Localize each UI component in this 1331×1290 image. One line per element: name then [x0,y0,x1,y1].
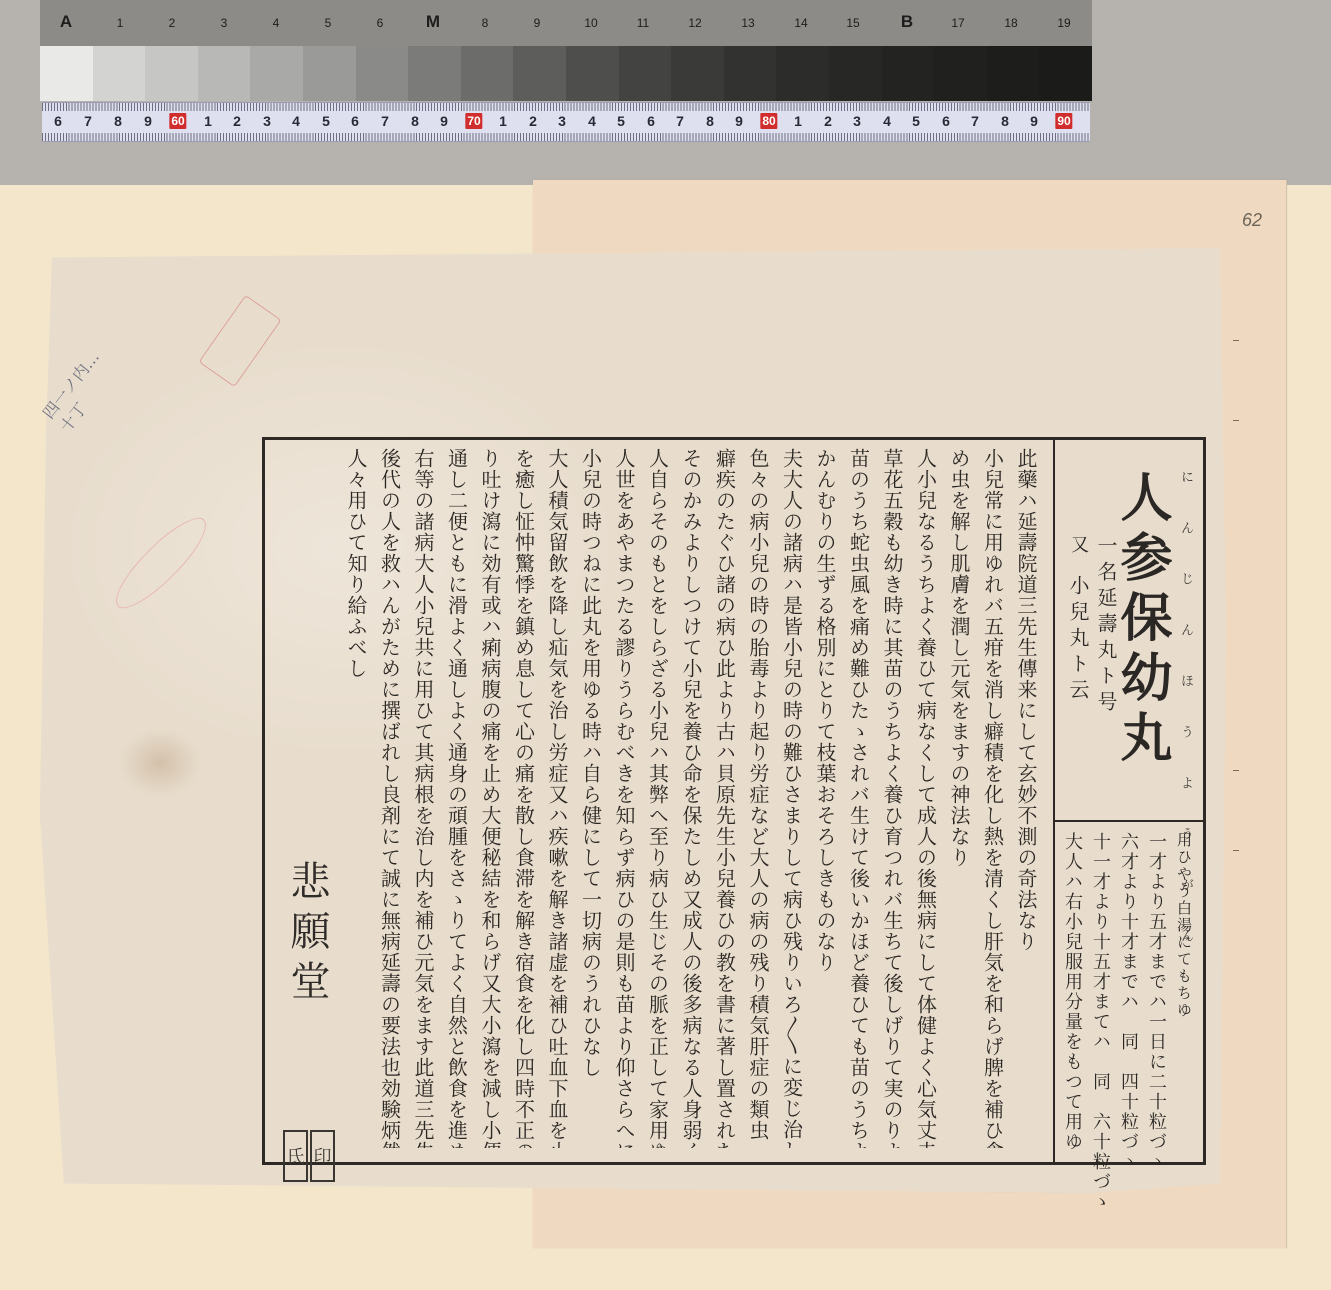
tape-number: 7 [971,113,979,129]
body-text-column: 小兒常に用ゆれバ五疳を消し癖積を化し熱を清くし肝気を和らげ脾を補ひ食をすゝ [980,448,1006,1148]
title-panel: にんじんほうようがん 人参保幼丸 一名延壽丸ト号 又 小兒丸ト云 用ひやう白湯に… [1053,440,1203,1162]
grey-swatch [513,46,566,101]
tape-decimeter-mark: 70 [465,113,482,129]
grey-scale-label: 3 [221,16,228,30]
grey-scale-label: 12 [688,16,701,30]
grey-swatch [250,46,303,101]
tape-number: 4 [883,113,891,129]
publisher-seal: 氏 印 [283,1130,335,1182]
dosage-line: 用ひやう白湯にてもちゆ [1171,832,1197,1019]
tape-number: 8 [1001,113,1009,129]
tape-number: 8 [411,113,419,129]
body-text-column: 人世をあやまつたる謬りうらむべきを知らず病ひの是則も苗より仰さらへにて [611,448,637,1148]
tape-ticks-bottom [42,133,1090,141]
tape-number: 8 [706,113,714,129]
grey-scale-label: 9 [534,16,541,30]
tape-number: 3 [853,113,861,129]
grey-swatch [40,46,93,101]
grey-swatch [619,46,672,101]
tape-number: 9 [1030,113,1038,129]
grey-swatch [882,46,935,101]
grey-swatch [1039,46,1092,101]
tape-number: 9 [735,113,743,129]
dosage-line: 一才より五才までハ一日に二十粒づゝ [1143,832,1169,1172]
grey-scale-swatches [40,46,1092,101]
body-text-column: 通し二便ともに滑よく通しよく通身の頑腫をさゝりてよく自然と飲食を進め五臓堅固にす… [444,448,470,1148]
body-text-column: 苗のうち蛇虫風を痛め難ひたゝされバ生けて後いかほど養ひても苗のうちよきものにさ [846,448,872,1148]
publisher-name: 悲願堂 [279,860,336,1010]
body-text-column: 小兒の時つねに此丸を用ゆる時ハ自ら健にして一切病のうれひなし [578,448,604,1148]
grey-scale-label: 1 [117,16,124,30]
dosage-line: 六才より十才までハ 同 四十粒づゝ [1115,832,1141,1172]
tape-number: 7 [84,113,92,129]
grey-scale-label: 13 [741,16,754,30]
grey-swatch [987,46,1040,101]
tape-number: 3 [558,113,566,129]
grey-scale-label: 19 [1057,16,1070,30]
body-text-column: かんむりの生ずる格別にとりて枝葉おそろしきものなり [812,448,838,1148]
tape-number: 3 [263,113,271,129]
grey-scale-label: 2 [169,16,176,30]
grey-scale-label: B [901,12,913,32]
grey-swatch [934,46,987,101]
grey-scale-label: 4 [273,16,280,30]
grey-swatch [145,46,198,101]
pin-mark [1233,770,1239,771]
tape-number: 4 [292,113,300,129]
grey-scale-label: 15 [846,16,859,30]
grey-swatch [408,46,461,101]
grey-scale-label: 11 [637,16,649,30]
grey-scale-label: 10 [584,16,597,30]
grey-scale-label: 6 [377,16,384,30]
color-calibration-ruler: A123456M89101112131415B171819 6789601234… [40,0,1092,143]
dosage-line: 大人ハ右小兒服用分量をもつて用ゆ [1059,832,1085,1152]
title-alias-1: 一名延壽丸ト号 [1092,535,1121,717]
tape-decimeter-mark: 60 [169,113,186,129]
grey-swatch [356,46,409,101]
tape-number: 6 [647,113,655,129]
grey-scale-label: 18 [1004,16,1017,30]
body-text-column: 大人積気留飲を降し疝気を治し労症又ハ疾嗽を解き諸虚を補ひ吐血下血を止め眩暈 [544,448,570,1148]
tape-number: 6 [54,113,62,129]
tape-decimeter-mark: 80 [760,113,777,129]
tape-number: 5 [617,113,625,129]
seal-right: 印 [310,1130,335,1182]
grey-swatch [776,46,829,101]
body-text-column: 右等の諸病大人小兒共に用ひて其病根を治し内を補ひ元気をます此道三先生ちゝを盡し [410,448,436,1148]
grey-scale-label: 5 [325,16,332,30]
grey-scale-label: 8 [482,16,489,30]
grey-swatch [671,46,724,101]
title-alias-2: 小兒丸ト云 [1064,575,1093,705]
tape-number: 7 [676,113,684,129]
body-text-area: 悲願堂 氏 印 此藥ハ延壽院道三先生傳来にして玄妙不測の奇法なり小兒常に用ゆれバ… [265,440,1053,1162]
body-text-column: 人自らそのもとをしらざる小兒ハ其弊へ至り病ひ生じその脈を正して家用ゆる [645,448,671,1148]
grey-swatch [724,46,777,101]
printed-border-frame: 悲願堂 氏 印 此藥ハ延壽院道三先生傳来にして玄妙不測の奇法なり小兒常に用ゆれバ… [262,437,1206,1165]
grey-scale-label: A [60,12,72,32]
tape-number: 2 [233,113,241,129]
grey-swatch [198,46,251,101]
tape-number: 5 [322,113,330,129]
grey-swatch [303,46,356,101]
body-text-column: り吐け瀉に効有或ハ痢病腹の痛を止め大便秘結を和らげ又大小瀉を減し小便渋るを能 [477,448,503,1148]
tape-number: 4 [588,113,596,129]
seal-left: 氏 [283,1130,308,1182]
body-text-column: 人小兒なるうちよく養ひて病なくして成人の後無病にして体健よく心気丈夫なり [913,448,939,1148]
title-alias-prefix: 又 [1065,535,1091,553]
tape-number: 1 [204,113,212,129]
tape-number: 1 [794,113,802,129]
body-text-column: 色々の病小兒の時の胎毒より起り労症など大人の病の残り積気肝症の類虫 [745,448,771,1148]
body-text-column: 人々用ひて知り給ふべし [343,448,369,1148]
grey-swatch [566,46,619,101]
tape-number: 2 [824,113,832,129]
tape-number: 8 [114,113,122,129]
page-number: 62 [1242,210,1262,231]
grey-scale-label: M [426,12,440,32]
title-divider [1055,820,1203,822]
tape-number: 6 [351,113,359,129]
pin-mark [1233,850,1239,851]
body-text-column: 此藥ハ延壽院道三先生傳来にして玄妙不測の奇法なり [1013,448,1039,1148]
grey-scale-label: 14 [794,16,807,30]
grey-swatch [461,46,514,101]
body-text-column: 夫大人の諸病ハ是皆小兒の時の難ひさまりして病ひ残りいろ〳〵に変じ治しがたき [779,448,805,1148]
tape-ticks-top [42,103,1090,111]
grey-swatch [93,46,146,101]
tape-number: 7 [381,113,389,129]
grey-scale-label: 17 [951,16,964,30]
body-text-column: 草花五穀も幼き時に其苗のうちよく養ひ育つれバ生ちて後しげりて実のりよくみ [879,448,905,1148]
tape-number: 9 [144,113,152,129]
body-text-column: 後代の人を救ハんがために撰ばれし良剤にて誠に無病延壽の要法也効験炳然として [377,448,403,1148]
pin-mark [1233,420,1239,421]
tape-number: 2 [529,113,537,129]
dosage-line: 十一才より十五才まてハ 同 六十粒づゝ [1087,832,1113,1212]
body-text-column: 癖疾のたぐひ諸の病ひ此より古ハ貝原先生小兒養ひの教を書に著し置されたり [712,448,738,1148]
grey-scale-header: A123456M89101112131415B171819 [40,0,1092,46]
tape-decimeter-mark: 90 [1055,113,1072,129]
grey-swatch [829,46,882,101]
tape-number: 6 [942,113,950,129]
measuring-tape: 678960123456789701234567898012345678990 [42,102,1090,142]
body-text-column: を癒し怔忡驚悸を鎮め息して心の痛を散し食滞を解き宿食を化し四時不正の気よ [511,448,537,1148]
tape-number: 9 [440,113,448,129]
tape-number: 5 [912,113,920,129]
body-text-column: め虫を解し肌膚を潤し元気をますの神法なり [946,448,972,1148]
tape-number: 1 [499,113,507,129]
pin-mark [1233,340,1239,341]
body-text-column: そのかみよりしつけて小兒を養ひ命を保たしめ又成人の後多病なる人身弱くしきるなり [678,448,704,1148]
